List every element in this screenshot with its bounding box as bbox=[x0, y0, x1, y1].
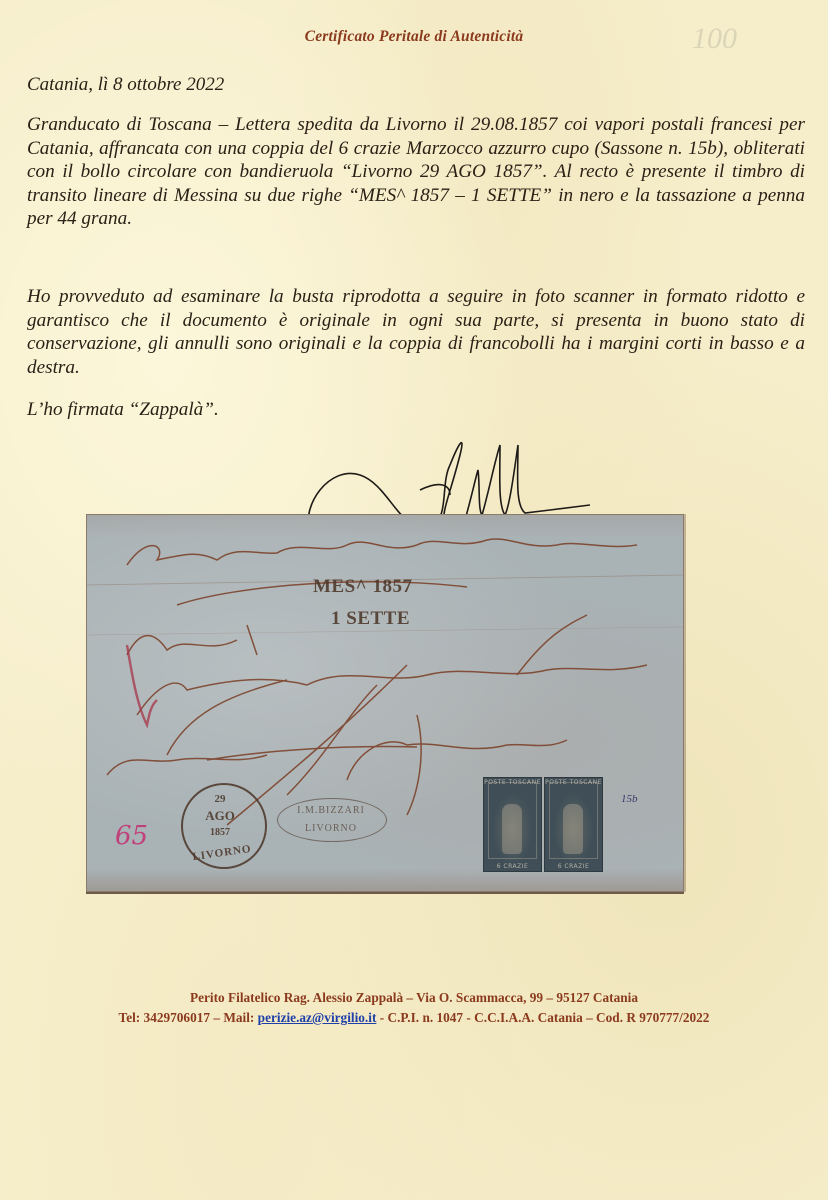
expert-note-15b: 15b bbox=[621, 793, 638, 805]
messina-transit-stamp-line2: 1 SETTE bbox=[331, 608, 410, 630]
cancel-day: 29 bbox=[200, 793, 240, 805]
marzocco-lion-icon bbox=[563, 804, 583, 854]
certificate-page: 100 Certificato Peritale di Autenticità … bbox=[0, 0, 828, 1200]
oval-cachet-town: LIVORNO bbox=[277, 823, 385, 834]
email-link[interactable]: perizie.az@virgilio.it bbox=[258, 1010, 377, 1025]
envelope-image: MES^ 1857 1 SETTE 29 AGO 1857 LIVORNO I.… bbox=[86, 514, 684, 892]
postage-stamp: POSTE TOSCANE 6 CRAZIE bbox=[544, 777, 603, 872]
oval-cachet-name: I.M.BIZZARI bbox=[277, 805, 385, 816]
postage-stamp-pair: POSTE TOSCANE 6 CRAZIE POSTE TOSCANE 6 C… bbox=[483, 777, 603, 872]
pencil-mark-65: 65 bbox=[115, 821, 148, 851]
examination-paragraph: Ho provveduto ad esaminare la busta ripr… bbox=[27, 285, 805, 379]
postage-stamp: POSTE TOSCANE 6 CRAZIE bbox=[483, 777, 542, 872]
footer-contacts: Tel: 3429706017 – Mail: perizie.az@virgi… bbox=[0, 1010, 828, 1026]
signature-statement: L’ho firmata “Zappalà”. bbox=[27, 398, 805, 422]
footer-address: Perito Filatelico Rag. Alessio Zappalà –… bbox=[0, 990, 828, 1006]
footer-tel: Tel: 3429706017 – Mail: bbox=[119, 1010, 258, 1025]
cancel-year: 1857 bbox=[200, 827, 240, 838]
footer-registry: - C.P.I. n. 1047 - C.C.I.A.A. Catania – … bbox=[376, 1010, 709, 1025]
marzocco-lion-icon bbox=[502, 804, 522, 854]
cancel-month: AGO bbox=[200, 808, 240, 824]
messina-transit-stamp-line1: MES^ 1857 bbox=[313, 576, 412, 598]
place-date: Catania, lì 8 ottobre 2022 bbox=[27, 74, 224, 96]
certificate-title: Certificato Peritale di Autenticità bbox=[0, 28, 828, 46]
description-paragraph: Granducato di Toscana – Lettera spedita … bbox=[27, 113, 805, 231]
